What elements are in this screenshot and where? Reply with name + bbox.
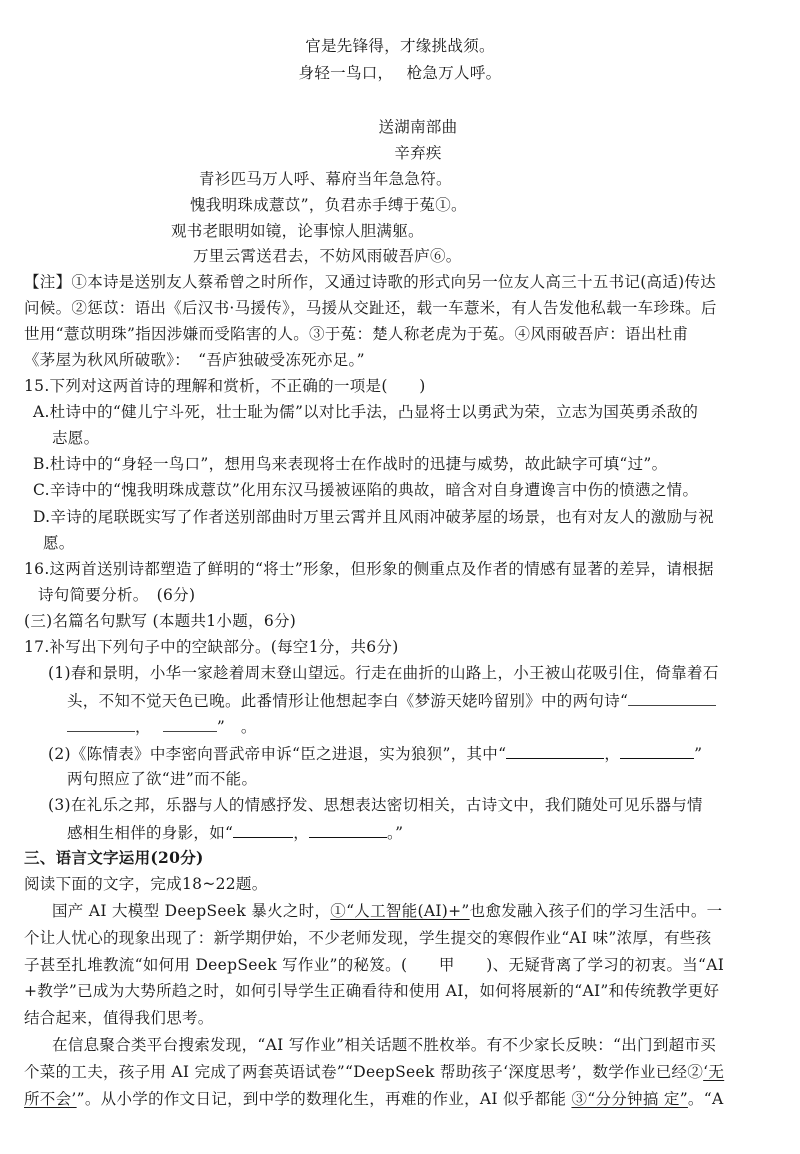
q17-item1-text: 头，不知不觉天色已晚。此番情形让他想起李白《梦游天姥吟留别》中的两句诗“: [67, 692, 628, 710]
text: ”。从小学的作文日记，到中学的数理化生，再难的作业，AI 似乎都能: [77, 1090, 572, 1108]
q17-item1-blank-1[interactable]: [628, 690, 716, 706]
q15-option-b: B.杜诗中的“身轻一鸟口”，想用鸟来表现将士在作战时的迅捷与威势，故此缺字可填“…: [33, 454, 667, 474]
q17-item2-line-2: 两句照应了欲“进”而不能。: [67, 769, 257, 789]
section-3-subheading: (三)名篇名句默写 (本题共1小题，6分): [24, 611, 296, 631]
passage-p2-line-3: 所不会’”。从小学的作文日记，到中学的数理化生，再难的作业，AI 似乎都能 ③“…: [24, 1089, 723, 1109]
close-quote: ” 。: [217, 718, 257, 736]
q17-item3-blank-2[interactable]: [309, 822, 387, 838]
note-line-1: 【注】①本诗是送别友人蔡希曾之时所作，又通过诗歌的形式向另一位友人高三十五书记(…: [24, 272, 716, 292]
q17-stem: 17.补写出下列句子中的空缺部分。(每空1分，共6分): [24, 637, 399, 657]
passage-p1-line-1: 国产 AI 大模型 DeepSeek 暴火之时，①“人工智能(AI)+”也愈发融…: [52, 901, 722, 921]
close-quote: 。”: [387, 824, 403, 842]
poem2-author: 辛弃疾: [18, 143, 800, 163]
comma: ，: [293, 824, 309, 842]
q16-line-2: 诗句简要分析。 (6分): [38, 585, 195, 605]
underlined-phrase-3: ③“分分钟搞 定”: [571, 1090, 687, 1108]
close-quote: ”: [694, 745, 702, 763]
q17-item3-text: 感相生相伴的身影，如“: [67, 824, 233, 842]
underlined-phrase-2a: ‘无: [703, 1063, 724, 1081]
poem2-line-3: 观书老眼明如镜，论事惊人胆满躯。: [171, 221, 424, 241]
q17-item3-line-1: (3)在礼乐之邦，乐器与人的情感抒发、思想表达密切相关，古诗文中，我们随处可见乐…: [48, 795, 703, 815]
passage-p1-line-3: 子甚至扎堆教流“如何用 DeepSeek 写作业”的秘笈。( 甲 )、无疑背离了…: [24, 955, 724, 975]
note-line-3: 世用“薏苡明珠”指因涉嫌而受陷害的人。③于菟：楚人称老虎为于菟。④风雨破吾庐：语…: [24, 324, 688, 344]
comma: ，: [604, 745, 620, 763]
poem2-line-4: 万里云霄送君去，不妨风雨破吾庐⑥。: [193, 246, 462, 266]
underlined-phrase-2b: 所不会’: [24, 1090, 77, 1108]
q17-item1-line-2: 头，不知不觉天色已晚。此番情形让他想起李白《梦游天姥吟留别》中的两句诗“: [67, 690, 716, 711]
section-language-heading: 三、语言文字运用(20分): [24, 848, 204, 868]
q17-item2-blank-1[interactable]: [506, 743, 604, 759]
q17-item3-line-2: 感相生相伴的身影，如“，。”: [67, 822, 403, 843]
section-language-instruction: 阅读下面的文字，完成18~22题。: [24, 874, 268, 894]
passage-p2-line-1: 在信息聚合类平台搜索发现，“AI 写作业”相关话题不胜枚举。有不少家长反映：“出…: [52, 1035, 716, 1055]
q15-option-a-line-1: A.杜诗中的“健儿宁斗死，壮士耻为儒”以对比手法，凸显将士以勇武为荣，立志为国英…: [33, 402, 698, 422]
poem1-line-2: 身轻一鸟口， 枪急万人呼。: [0, 63, 800, 83]
passage-p1-line-2: 个让人忧心的现象出现了：新学期伊始，不少老师发现，学生提交的寒假作业“AI 味”…: [24, 928, 711, 948]
q16-line-1: 16.这两首送别诗都塑造了鲜明的“将士”形象，但形象的侧重点及作者的情感有显著的…: [24, 559, 714, 579]
q15-option-d-line-2: 愿。: [43, 533, 75, 553]
text: 个菜的工夫，孩子用 AI 完成了两套英语试卷”“DeepSeek 帮助孩子‘深度…: [24, 1063, 703, 1081]
passage-p1-line-4: +教学”已成为大势所趋之时，如何引导学生正确看待和使用 AI，如何将展新的“AI…: [24, 981, 719, 1001]
poem1-line-1: 官是先锋得，才缘挑战须。: [0, 36, 800, 56]
text: 。“A: [688, 1090, 724, 1108]
poem2-title: 送湖南部曲: [18, 117, 800, 137]
note-line-2: 问候。②惩苡：语出《后汉书·马援传》，马援从交趾还，载一车薏米，有人告发他私载一…: [24, 298, 717, 318]
q17-item2-blank-2[interactable]: [620, 743, 694, 759]
q17-item1-line-1: (1)春和景明，小华一家趁着周末登山望远。行走在曲折的山路上，小王被山花吸引住，…: [48, 663, 719, 683]
passage-p2-line-2: 个菜的工夫，孩子用 AI 完成了两套英语试卷”“DeepSeek 帮助孩子‘深度…: [24, 1062, 724, 1082]
q17-item3-blank-1[interactable]: [233, 822, 293, 838]
q17-item1-blank-2[interactable]: [67, 716, 135, 732]
q17-item2-text: (2)《陈情表》中李密向晋武帝申诉“臣之进退，实为狼狈”，其中“: [48, 745, 506, 763]
q15-stem: 15.下列对这两首诗的理解和赏析，不正确的一项是( ): [24, 376, 426, 396]
poem2-line-1: 青衫匹马万人呼、幕府当年急急符。: [199, 169, 452, 189]
q15-option-c: C.辛诗中的“愧我明珠成薏苡”化用东汉马援被诬陷的典故，暗含对自身遭谗言中伤的愤…: [33, 480, 698, 500]
text: 也愈发融入孩子们的学习生活中。一: [470, 902, 723, 920]
poem2-line-2: 愧我明珠成薏苡”，负君赤手缚于菟①。: [190, 195, 467, 215]
q17-item1-line-3: ，” 。: [67, 716, 257, 737]
passage-p1-line-5: 结合起来，值得我们思考。: [24, 1008, 214, 1028]
comma: ，: [135, 718, 151, 736]
q17-item2-line-1: (2)《陈情表》中李密向晋武帝申诉“臣之进退，实为狼狈”，其中“，”: [48, 743, 702, 764]
text: 国产 AI 大模型 DeepSeek 暴火之时，: [52, 902, 330, 920]
note-line-4: 《茅屋为秋风所破歌》： “吾庐独破受冻死亦足。”: [24, 350, 365, 370]
underlined-phrase-1: ①“人工智能(AI)+”: [330, 902, 469, 920]
q17-item1-blank-3[interactable]: [163, 716, 217, 732]
q15-option-d-line-1: D.辛诗的尾联既实写了作者送别部曲时万里云霄并且风雨冲破茅屋的场景，也有对友人的…: [33, 507, 714, 527]
q15-option-a-line-2: 志愿。: [52, 428, 99, 448]
